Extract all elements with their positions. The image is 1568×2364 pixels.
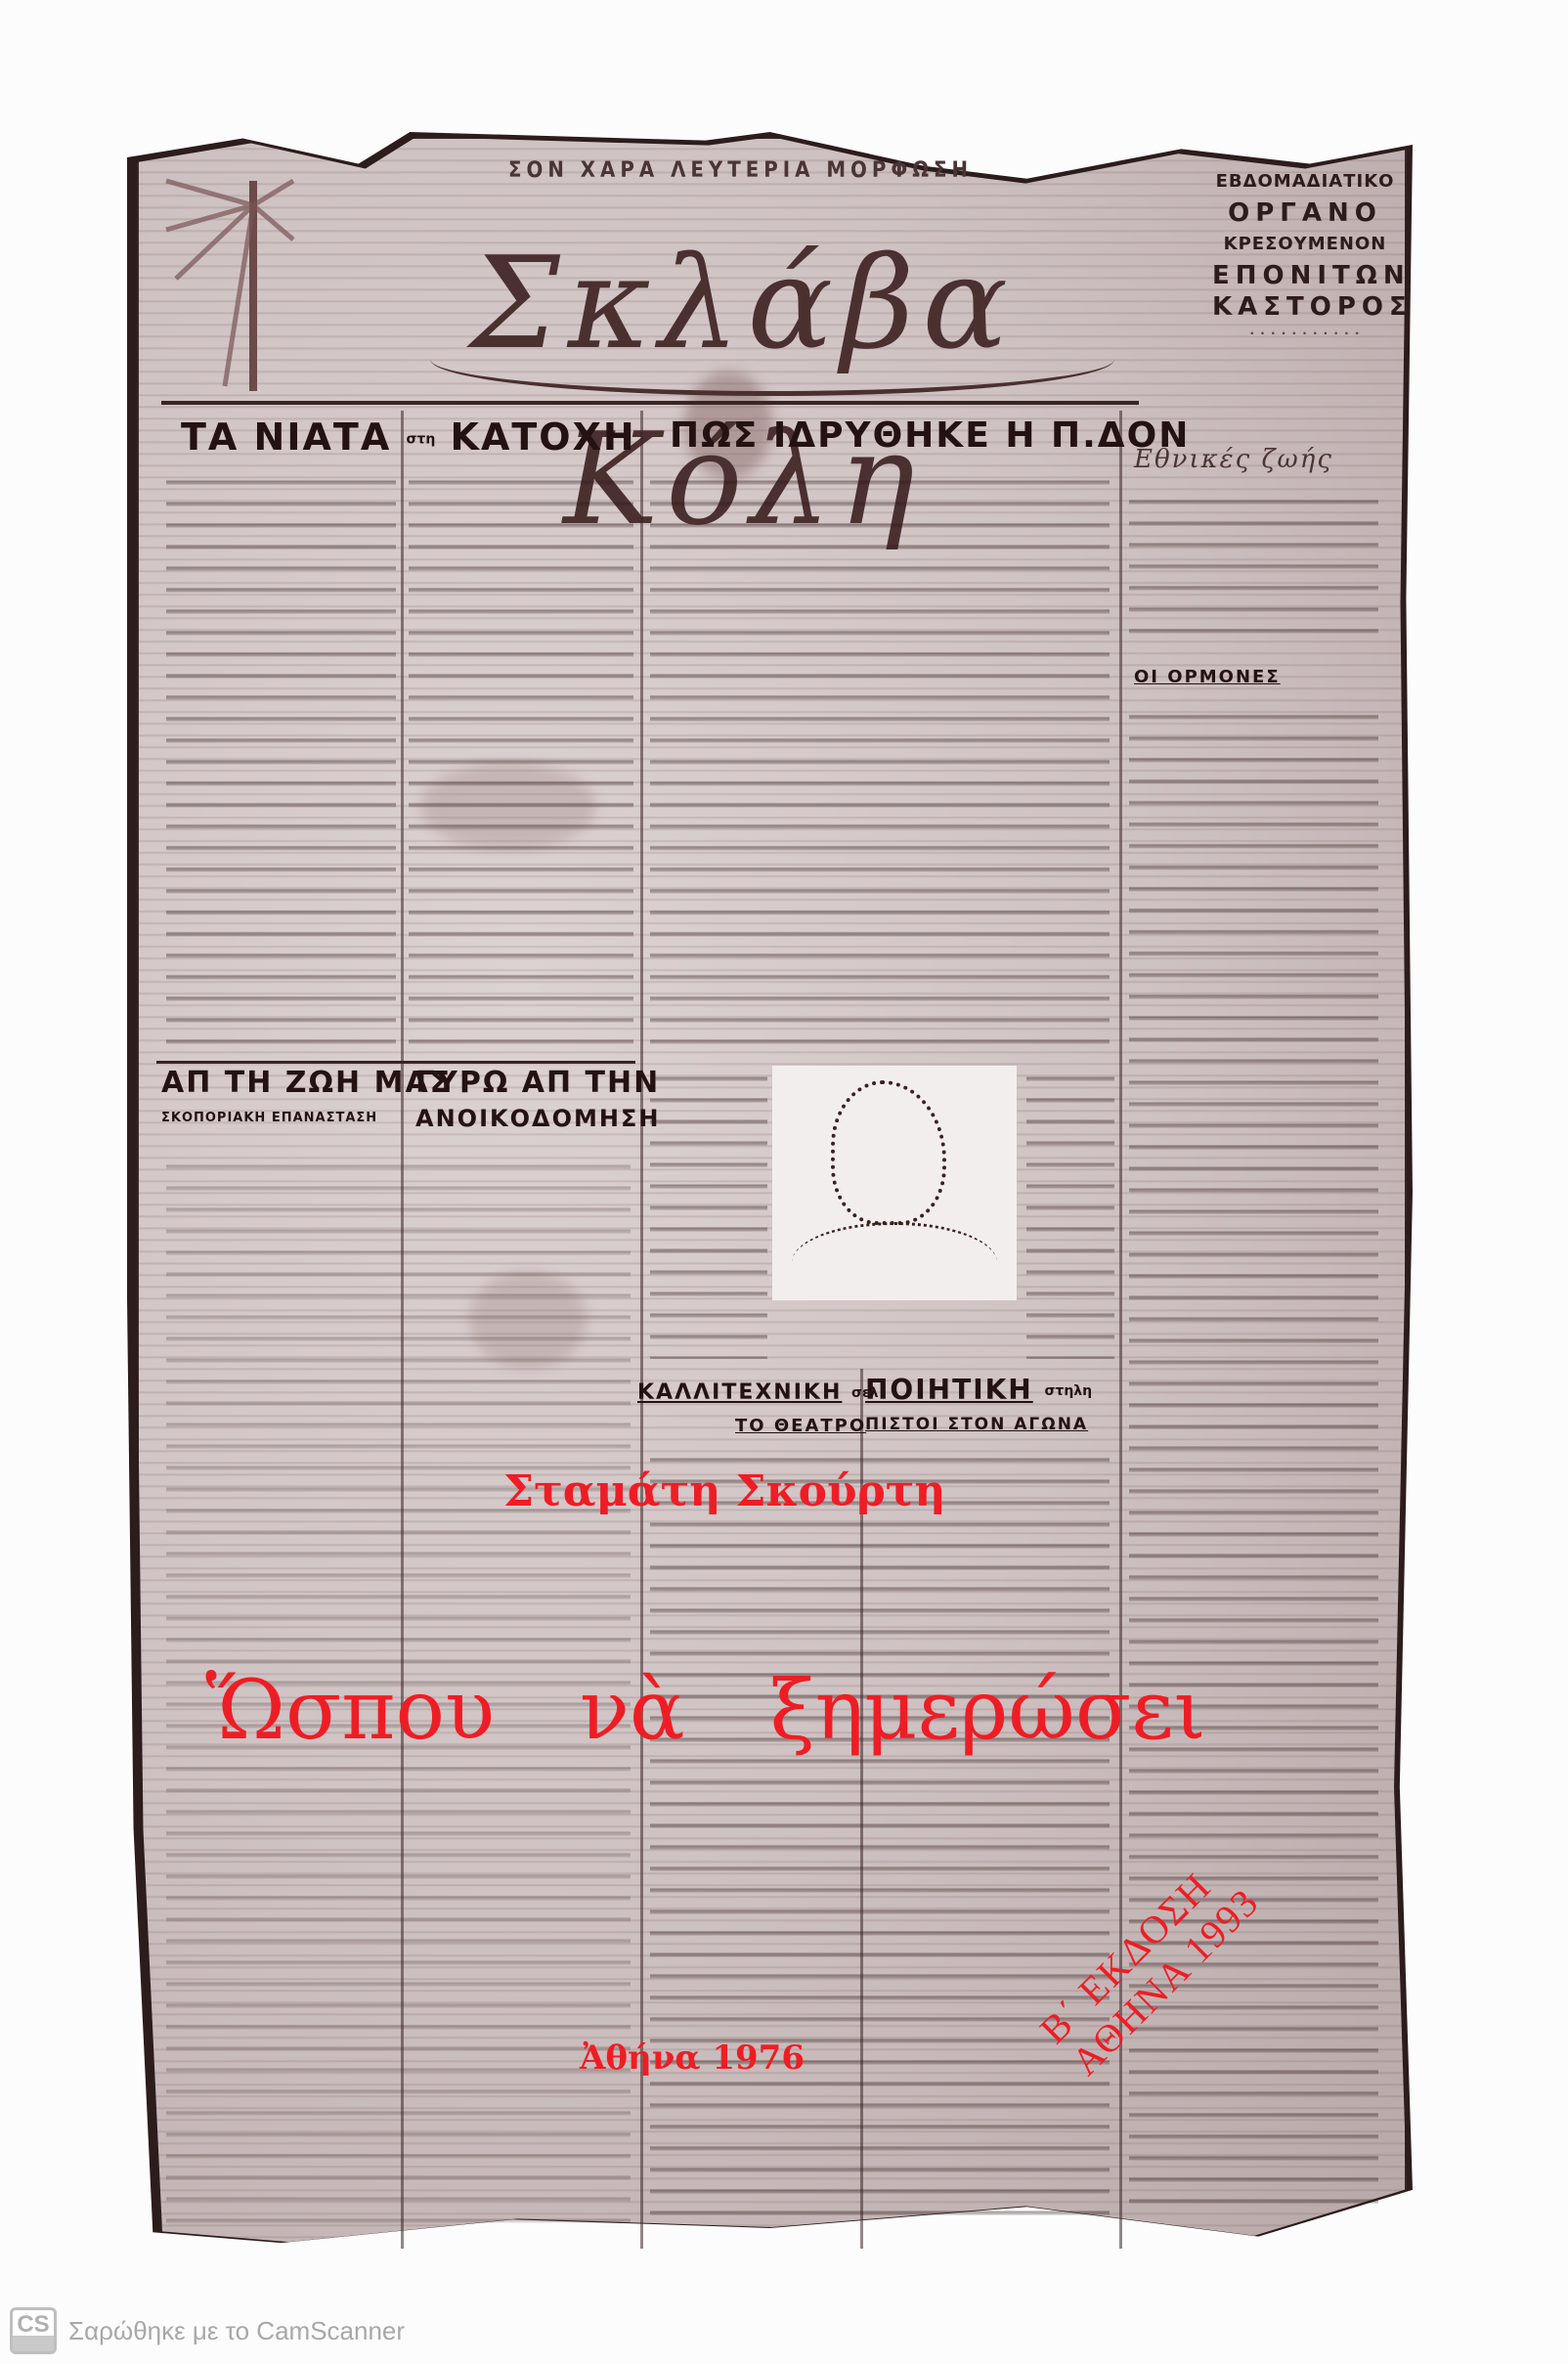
headline-ta-niata: ΤΑ ΝΙΑΤΑ στη ΚΑΤΟΧΗ <box>181 416 636 459</box>
headline-pdon: ΠΩΣ ΙΔΡΥΘΗΚΕ Η Π.ΔΟΝ <box>670 416 1190 456</box>
scanner-watermark: CS Σαρώθηκε με το CamScanner <box>10 2307 405 2354</box>
headline-text: ΚΑΤΟΧΗ <box>451 416 636 459</box>
headline-sub: ΣΚΟΠΟΡΙΑΚΗ ΕΠΑΝΑΣΤΑΣΗ <box>161 1101 452 1136</box>
headline-sub: ΠΙΣΤΟΙ ΣΤΟΝ ΑΓΩΝΑ <box>865 1408 1092 1441</box>
text-column <box>1129 489 1378 645</box>
text-column <box>409 469 633 1046</box>
rule <box>156 1061 635 1064</box>
headline-gyro: ΓΥΡΩ ΑΠ ΤΗΝ ΑΝΟΙΚΟΔΟΜΗΣΗ <box>415 1066 660 1136</box>
book-title: Ὥσπου νὰ ξημερώσει <box>205 1662 1206 1758</box>
author-name: Σταμάτη Σκούρτη <box>503 1467 945 1516</box>
headline-text: ΓΥΡΩ ΑΠ ΤΗΝ <box>415 1066 660 1101</box>
flag-pole-icon <box>156 171 303 396</box>
portrait-shoulder <box>792 1222 997 1303</box>
headline-kallitexniki: ΚΑΛΛΙΤΕΧΝΙΚΗ σελ ΤΟ ΘΕΑΤΡΟ <box>637 1377 879 1443</box>
portrait-head <box>831 1080 946 1225</box>
text-column <box>1026 1066 1114 1359</box>
headline-small: στηλη <box>1045 1383 1093 1399</box>
side-box-fineprint: · · · · · · · · · · · <box>1212 323 1398 344</box>
headline-text: ΠΟΙΗΤΙΚΗ <box>865 1374 1033 1406</box>
text-column <box>650 469 1110 1056</box>
masthead-tagline: ΣΟΝ ΧΑΡΑ ΛΕΥΤΕΡΙΑ ΜΟΡΦΩΣΗ <box>508 158 973 183</box>
text-column <box>166 469 396 1046</box>
place-year: Ἀθήνα 1976 <box>580 2038 805 2078</box>
column-divider <box>640 411 643 2249</box>
text-column <box>650 1066 767 1359</box>
side-box-line: ΕΠΟΝΙΤΩΝ <box>1212 260 1398 291</box>
headline-poiitiki: ΠΟΙΗΤΙΚΗ στηλη ΠΙΣΤΟΙ ΣΤΟΝ ΑΓΩΝΑ <box>865 1374 1092 1441</box>
portrait-illustration <box>772 1066 1017 1300</box>
side-box-line: ΚΡΕΣΟΥΜΕΝΟΝ <box>1212 229 1398 260</box>
side-box-line: ΟΡΓΑΝΟ <box>1212 197 1398 229</box>
headline-sub: ΑΝΟΙΚΟΔΟΜΗΣΗ <box>415 1101 660 1136</box>
headline-text: ΤΑ ΝΙΑΤΑ <box>181 416 391 459</box>
headline-sub: ΤΟ ΘΕΑΤΡΟ <box>637 1410 879 1443</box>
watermark-text: Σαρώθηκε με το CamScanner <box>68 2316 405 2346</box>
text-column <box>650 1447 1110 2229</box>
masthead-side-box: ΕΒΔΟΜΑΔΙΑΤΙΚΟ ΟΡΓΑΝΟ ΚΡΕΣΟΥΜΕΝΟΝ ΕΠΟΝΙΤΩ… <box>1212 166 1398 344</box>
side-box-line: ΚΑΣΤΟΡΟΣ <box>1212 291 1398 323</box>
headline-ap-ti-zoi: ΑΠ ΤΗ ΖΩΗ ΜΑΣ ΣΚΟΠΟΡΙΑΚΗ ΕΠΑΝΑΣΤΑΣΗ <box>161 1066 452 1136</box>
rule <box>161 401 1139 405</box>
side-box-line: ΕΒΔΟΜΑΔΙΑΤΙΚΟ <box>1212 166 1398 197</box>
headline-ormones: ΟΙ ΟΡΜΟΝΕΣ <box>1134 667 1281 687</box>
headline-right: Εθνικές ζωής <box>1134 445 1333 474</box>
masthead-underline <box>430 323 1114 396</box>
headline-text: ΑΠ ΤΗ ΖΩΗ ΜΑΣ <box>161 1066 452 1101</box>
camscanner-logo-icon: CS <box>10 2307 57 2354</box>
headline-text: ΚΑΛΛΙΤΕΧΝΙΚΗ <box>637 1380 842 1405</box>
headline-small: στη <box>406 432 435 448</box>
